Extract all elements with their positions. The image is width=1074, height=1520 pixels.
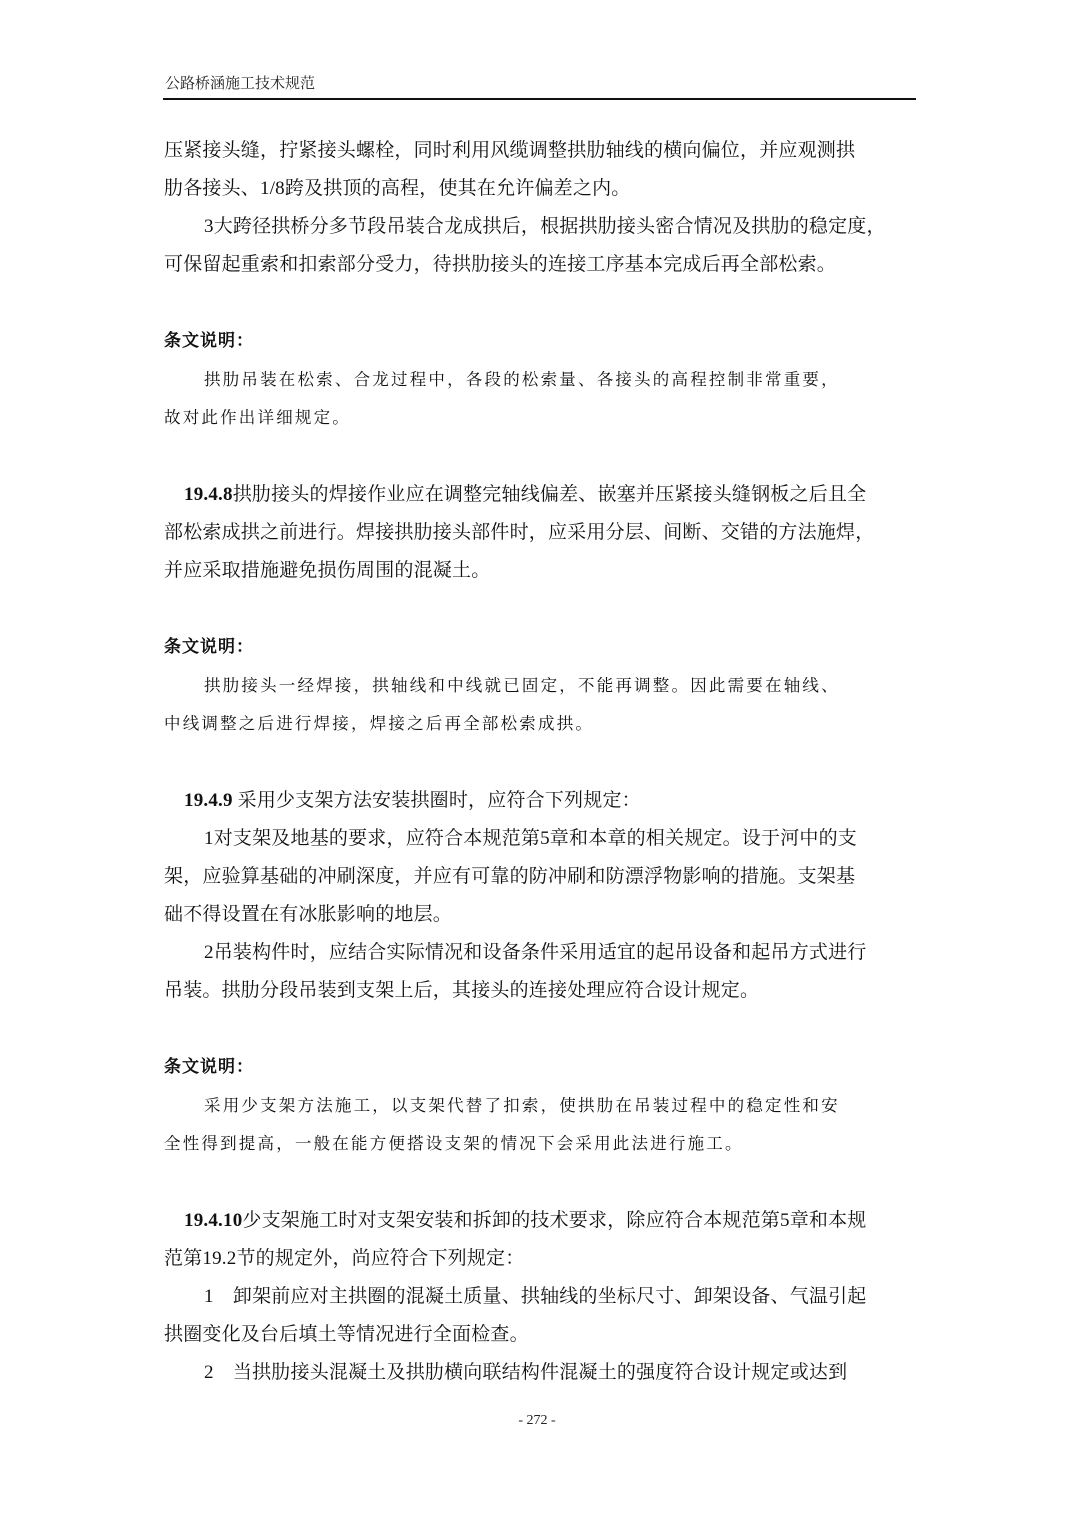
- running-header: 公路桥涵施工技术规范: [163, 74, 916, 94]
- paragraph-line: 拱圈变化及台后填土等情况进行全面检查。: [164, 1323, 916, 1347]
- note-line: 拱肋吊装在松索、合龙过程中，各段的松索量、各接头的高程控制非常重要，: [164, 368, 956, 392]
- paragraph-line: 可保留起重索和扣索部分受力，待拱肋接头的连接工序基本完成后再全部松索。: [164, 253, 916, 277]
- paragraph-line: 2吊装构件时，应结合实际情况和设备条件采用适宜的起吊设备和起吊方式进行: [164, 941, 956, 965]
- paragraph-line: 压紧接头缝，拧紧接头螺栓，同时利用风缆调整拱肋轴线的横向偏位，并应观测拱: [164, 139, 916, 163]
- page-number: - 272 -: [0, 1413, 1074, 1429]
- note-line: 采用少支架方法施工，以支架代替了扣索，使拱肋在吊装过程中的稳定性和安: [164, 1094, 956, 1118]
- paragraph-line: 3大跨径拱桥分多节段吊装合龙成拱后，根据拱肋接头密合情况及拱肋的稳定度，: [164, 215, 956, 239]
- paragraph-line: 并应采取措施避免损伤周围的混凝土。: [164, 559, 916, 583]
- clause-19-4-8: 19.4.8拱肋接头的焊接作业应在调整完轴线偏差、嵌塞并压紧接头缝钢板之后且全: [164, 483, 936, 507]
- clause-text: 采用少支架方法安装拱圈时，应符合下列规定：: [233, 790, 641, 811]
- paragraph-line: 肋各接头、1/8跨及拱顶的高程，使其在允许偏差之内。: [164, 177, 916, 201]
- clause-number: 19.4.9: [184, 790, 233, 811]
- note-line: 全性得到提高，一般在能方便搭设支架的情况下会采用此法进行施工。: [164, 1132, 916, 1156]
- note-heading: 条文说明：: [164, 1055, 916, 1079]
- paragraph-line: 部松索成拱之前进行。焊接拱肋接头部件时，应采用分层、间断、交错的方法施焊，: [164, 521, 916, 545]
- paragraph-line: 范第19.2节的规定外，尚应符合下列规定：: [164, 1247, 916, 1271]
- clause-text: 拱肋接头的焊接作业应在调整完轴线偏差、嵌塞并压紧接头缝钢板之后且全: [233, 484, 867, 505]
- paragraph-line: 础不得设置在有冰胀影响的地层。: [164, 903, 916, 927]
- clause-number: 19.4.10: [184, 1210, 242, 1231]
- clause-number: 19.4.8: [184, 484, 233, 505]
- note-line: 中线调整之后进行焊接，焊接之后再全部松索成拱。: [164, 712, 916, 736]
- paragraph-line: 1对支架及地基的要求，应符合本规范第5章和本章的相关规定。设于河中的支: [164, 827, 956, 851]
- note-heading: 条文说明：: [164, 635, 916, 659]
- header-rule: [163, 98, 916, 100]
- clause-19-4-9: 19.4.9 采用少支架方法安装拱圈时，应符合下列规定：: [164, 789, 936, 813]
- header-title: 公路桥涵施工技术规范: [163, 74, 916, 94]
- clause-19-4-10: 19.4.10少支架施工时对支架安装和拆卸的技术要求，除应符合本规范第5章和本规: [164, 1209, 936, 1233]
- note-heading: 条文说明：: [164, 329, 916, 353]
- note-line: 故对此作出详细规定。: [164, 406, 916, 430]
- clause-text: 少支架施工时对支架安装和拆卸的技术要求，除应符合本规范第5章和本规: [242, 1210, 866, 1231]
- paragraph-line: 吊装。拱肋分段吊装到支架上后，其接头的连接处理应符合设计规定。: [164, 979, 916, 1003]
- paragraph-line: 1 卸架前应对主拱圈的混凝土质量、拱轴线的坐标尺寸、卸架设备、气温引起: [164, 1285, 956, 1309]
- paragraph-line: 2 当拱肋接头混凝土及拱肋横向联结构件混凝土的强度符合设计规定或达到: [164, 1361, 956, 1385]
- note-line: 拱肋接头一经焊接，拱轴线和中线就已固定，不能再调整。因此需要在轴线、: [164, 674, 956, 698]
- paragraph-line: 架，应验算基础的冲刷深度，并应有可靠的防冲刷和防漂浮物影响的措施。支架基: [164, 865, 916, 889]
